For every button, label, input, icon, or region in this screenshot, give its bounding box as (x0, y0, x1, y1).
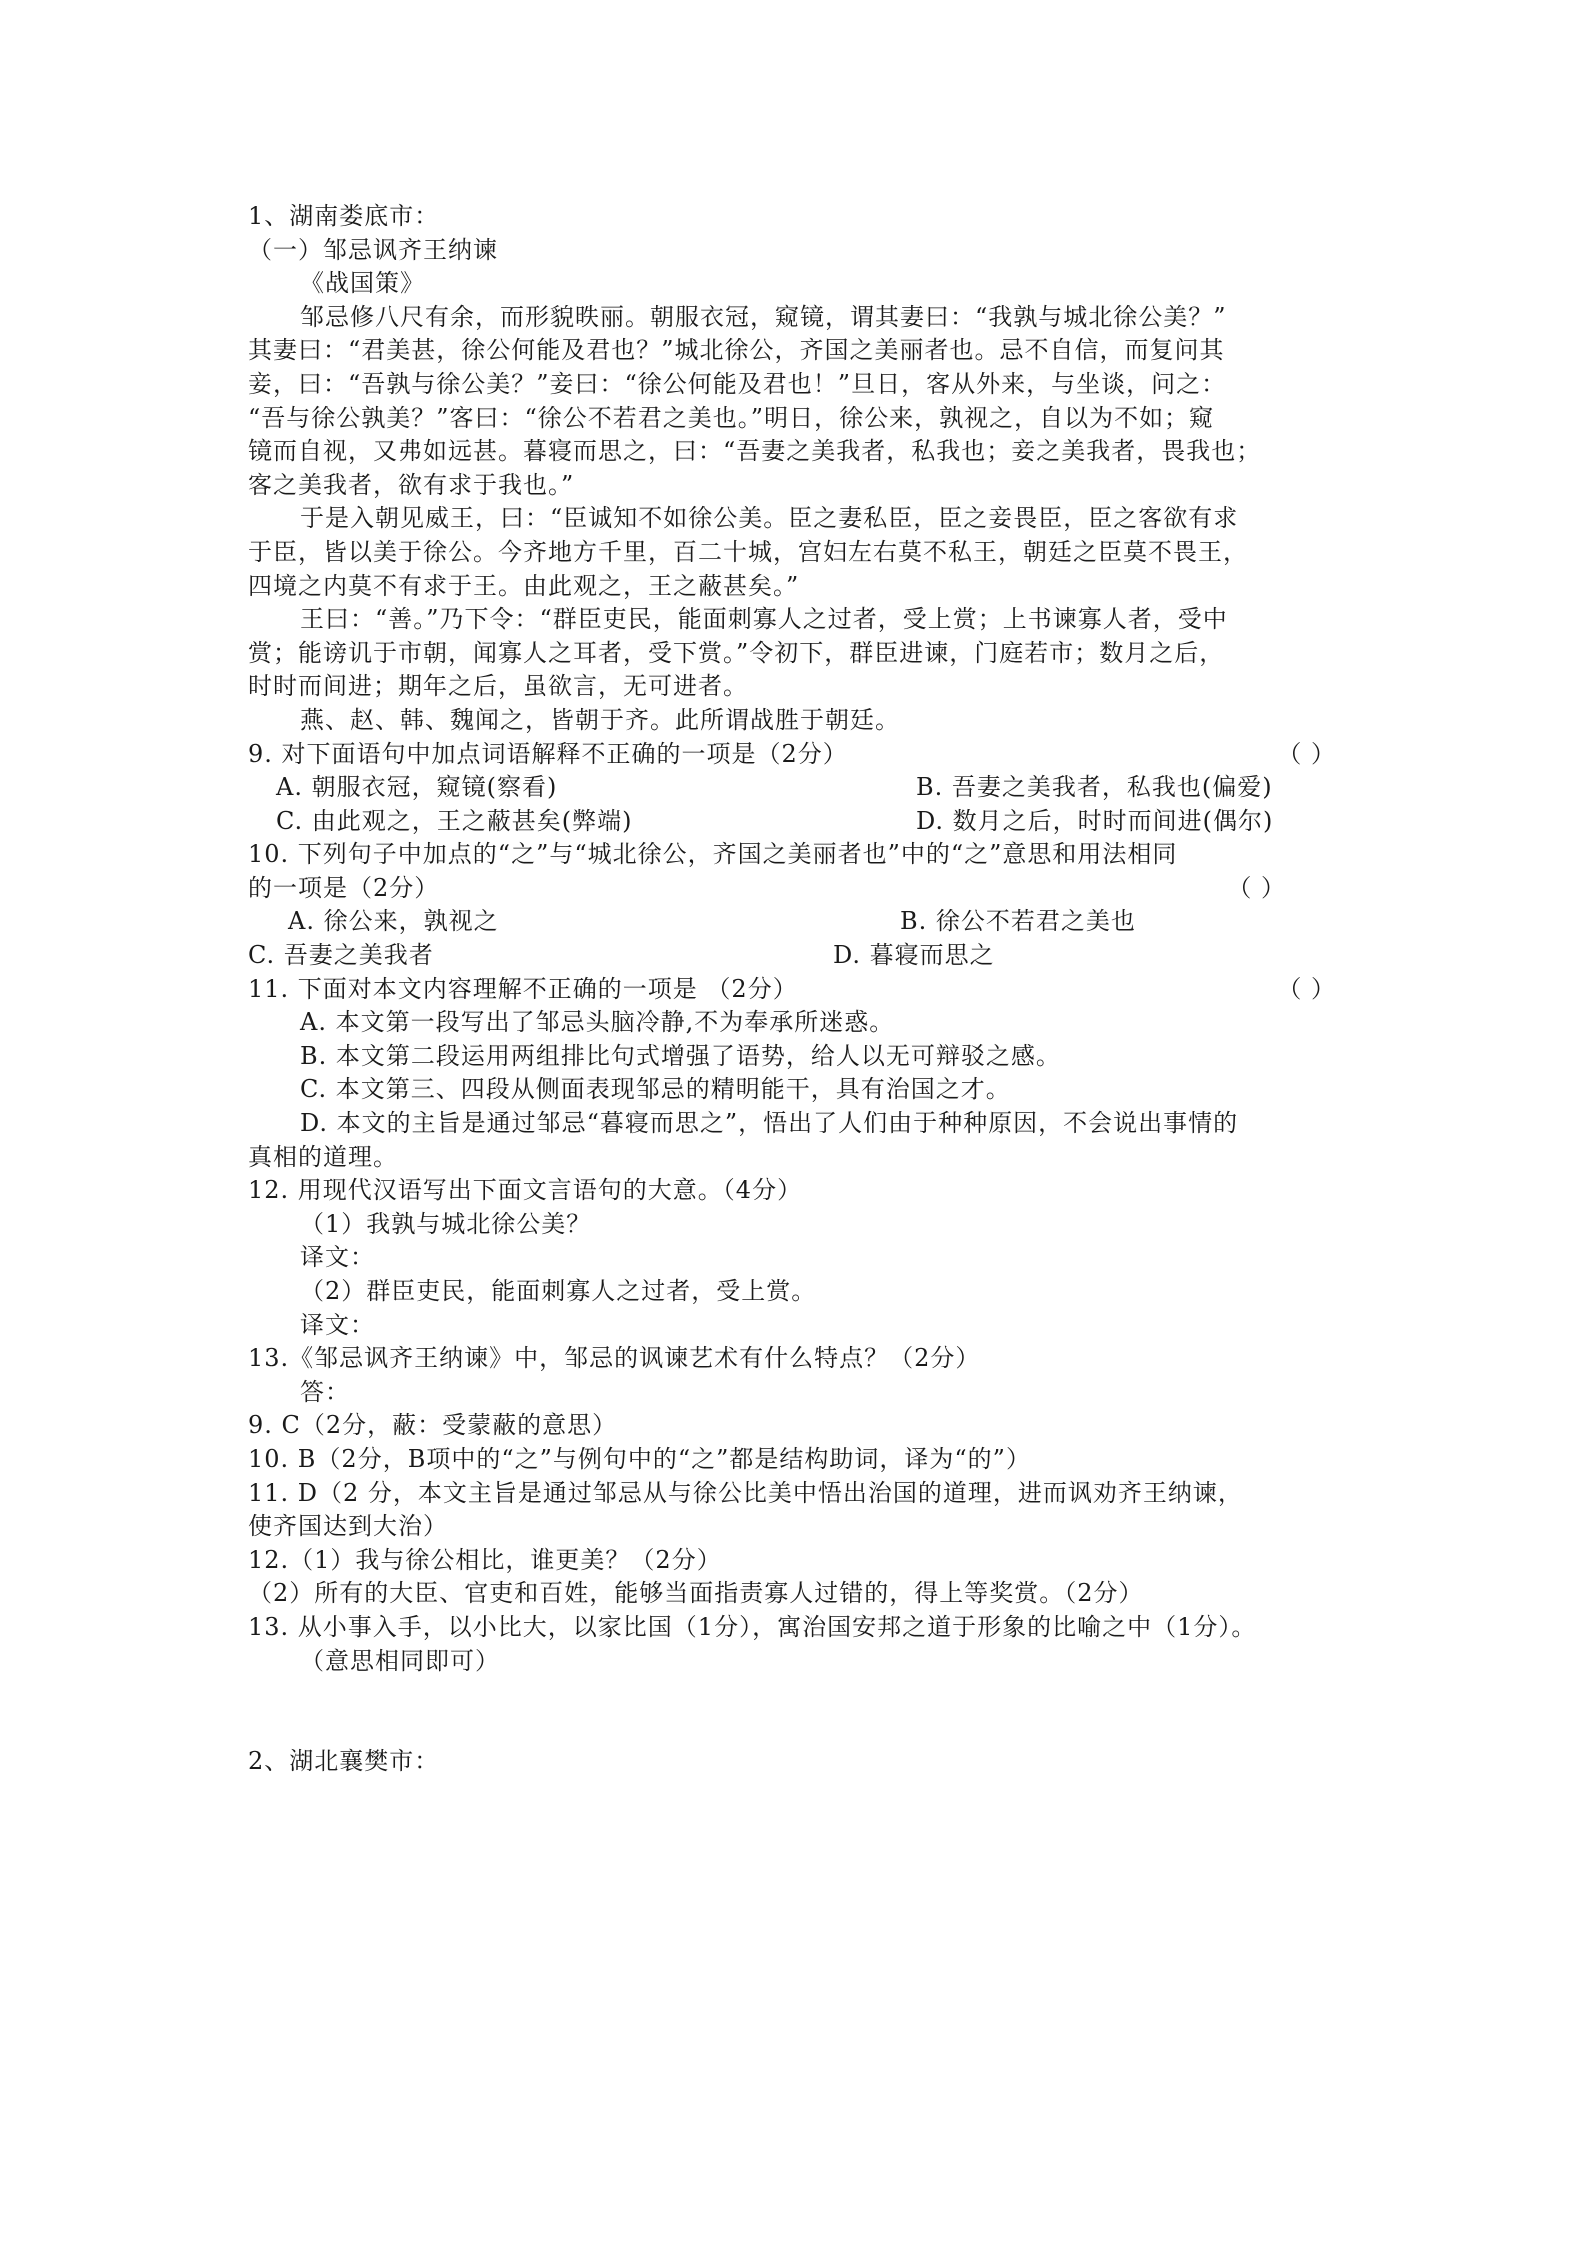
answer-10: 10. B（2分，B项中的“之”与例句中的“之”都是结构助词，译为“的”） (248, 1443, 1358, 1477)
option-b: B. 吾妻之美我者，私我也(偏爱) (916, 771, 1358, 805)
question-9-options-row: C. 由此观之，王之蔽甚矣(弊端) D. 数月之后，时时而间进(偶尔) (248, 805, 1358, 839)
passage-source: 《战国策》 (248, 267, 1358, 301)
passage-line: 其妻曰：“君美甚，徐公何能及君也？”城北徐公，齐国之美丽者也。忌不自信，而复问其 (248, 334, 1358, 368)
option-d: D. 暮寝而思之 (833, 939, 1358, 973)
answer-11-cont: 使齐国达到大治） (248, 1510, 1358, 1544)
answer-13-cont: （意思相同即可） (248, 1645, 1358, 1679)
passage-line: 燕、赵、韩、魏闻之，皆朝于齐。此所谓战胜于朝廷。 (248, 704, 1358, 738)
passage-line: 时时而间进；期年之后，虽欲言，无可进者。 (248, 670, 1358, 704)
option-c: C. 吾妻之美我者 (248, 939, 833, 973)
option-d: D. 数月之后，时时而间进(偶尔) (916, 805, 1358, 839)
answer-12-2: （2）所有的大臣、官吏和百姓，能够当面指责寡人过错的，得上等奖赏。（2分） (248, 1577, 1358, 1611)
option-c: C. 本文第三、四段从侧面表现邹忌的精明能干，具有治国之才。 (248, 1073, 1358, 1107)
passage-line: 邹忌修八尺有余，而形貌昳丽。朝服衣冠，窥镜，谓其妻曰：“我孰与城北徐公美？” (248, 301, 1358, 335)
answer-label: 答： (248, 1376, 1358, 1410)
question-9-stem: 9. 对下面语句中加点词语解释不正确的一项是（2分） （ ） (248, 738, 1358, 772)
passage-line: 赏；能谤讥于市朝，闻寡人之耳者，受下赏。”令初下，群臣进谏，门庭若市；数月之后， (248, 637, 1358, 671)
answer-9: 9. C（2分，蔽：受蒙蔽的意思） (248, 1409, 1358, 1443)
section-heading: 2、湖北襄樊市： (248, 1745, 1358, 1779)
question-11-stem: 11. 下面对本文内容理解不正确的一项是 （2分） （ ） (248, 973, 1358, 1007)
option-d-cont: 真相的道理。 (248, 1141, 1358, 1175)
passage-line: “吾与徐公孰美？”客曰：“徐公不若君之美也。”明日，徐公来，孰视之，自以为不如；… (248, 402, 1358, 436)
section-heading: 1、湖南娄底市： (248, 200, 1358, 234)
question-12-stem: 12. 用现代汉语写出下面文言语句的大意。（4分） (248, 1174, 1358, 1208)
question-text: 11. 下面对本文内容理解不正确的一项是 （2分） (248, 975, 798, 1003)
question-12-item-1: （1）我孰与城北徐公美？ (248, 1208, 1358, 1242)
option-b: B. 本文第二段运用两组排比句式增强了语势，给人以无可辩驳之感。 (248, 1040, 1358, 1074)
document-page: 1、湖南娄底市： （一）邹忌讽齐王纳谏 《战国策》 邹忌修八尺有余，而形貌昳丽。… (0, 0, 1594, 2252)
passage-line: 客之美我者，欲有求于我也。” (248, 469, 1358, 503)
passage-line: 镜而自视，又弗如远甚。暮寝而思之，曰：“吾妻之美我者，私我也；妾之美我者，畏我也… (248, 435, 1358, 469)
question-text: 9. 对下面语句中加点词语解释不正确的一项是（2分） (248, 740, 848, 768)
answer-blank: （ ） (1277, 738, 1336, 772)
question-9-options-row: A. 朝服衣冠，窥镜(察看) B. 吾妻之美我者，私我也(偏爱) (248, 771, 1358, 805)
option-b: B. 徐公不若君之美也 (900, 905, 1358, 939)
question-10-options-row: C. 吾妻之美我者 D. 暮寝而思之 (248, 939, 1358, 973)
answer-blank: （ ） (1227, 872, 1286, 906)
option-a: A. 本文第一段写出了邹忌头脑冷静,不为奉承所迷惑。 (248, 1006, 1358, 1040)
question-13-stem: 13.《邹忌讽齐王纳谏》中，邹忌的讽谏艺术有什么特点？（2分） (248, 1342, 1358, 1376)
question-10-options-row: A. 徐公来，孰视之 B. 徐公不若君之美也 (248, 905, 1358, 939)
answer-11: 11. D（2 分，本文主旨是通过邹忌从与徐公比美中悟出治国的道理，进而讽劝齐王… (248, 1477, 1358, 1511)
question-text: 的一项是（2分） (248, 874, 439, 902)
passage-line: 王曰：“善。”乃下令：“群臣吏民，能面刺寡人之过者，受上赏；上书谏寡人者，受中 (248, 603, 1358, 637)
document-content: 1、湖南娄底市： （一）邹忌讽齐王纳谏 《战国策》 邹忌修八尺有余，而形貌昳丽。… (248, 200, 1358, 1779)
passage-title: （一）邹忌讽齐王纳谏 (248, 234, 1358, 268)
passage-line: 于臣，皆以美于徐公。今齐地方千里，百二十城，宫妇左右莫不私王，朝廷之臣莫不畏王， (248, 536, 1358, 570)
option-d: D. 本文的主旨是通过邹忌“暮寝而思之”，悟出了人们由于种种原因，不会说出事情的 (248, 1107, 1358, 1141)
translation-label: 译文： (248, 1241, 1358, 1275)
spacer (248, 1678, 1358, 1745)
option-a: A. 徐公来，孰视之 (288, 905, 900, 939)
answer-blank: （ ） (1277, 973, 1336, 1007)
answer-13: 13. 从小事入手，以小比大，以家比国（1分），寓治国安邦之道于形象的比喻之中（… (248, 1611, 1358, 1645)
question-12-item-2: （2）群臣吏民，能面刺寡人之过者，受上赏。 (248, 1275, 1358, 1309)
passage-line: 于是入朝见威王，曰：“臣诚知不如徐公美。臣之妻私臣，臣之妾畏臣，臣之客欲有求 (248, 502, 1358, 536)
option-a: A. 朝服衣冠，窥镜(察看) (276, 771, 916, 805)
passage-line: 妾，曰：“吾孰与徐公美？”妾曰：“徐公何能及君也！”旦日，客从外来，与坐谈，问之… (248, 368, 1358, 402)
answer-12-1: 12.（1）我与徐公相比，谁更美？（2分） (248, 1544, 1358, 1578)
translation-label: 译文： (248, 1309, 1358, 1343)
question-10-stem-cont: 的一项是（2分） （ ） (248, 872, 1358, 906)
question-10-stem: 10. 下列句子中加点的“之”与“城北徐公，齐国之美丽者也”中的“之”意思和用法… (248, 838, 1358, 872)
passage-line: 四境之内莫不有求于王。由此观之，王之蔽甚矣。” (248, 570, 1358, 604)
option-c: C. 由此观之，王之蔽甚矣(弊端) (276, 805, 916, 839)
